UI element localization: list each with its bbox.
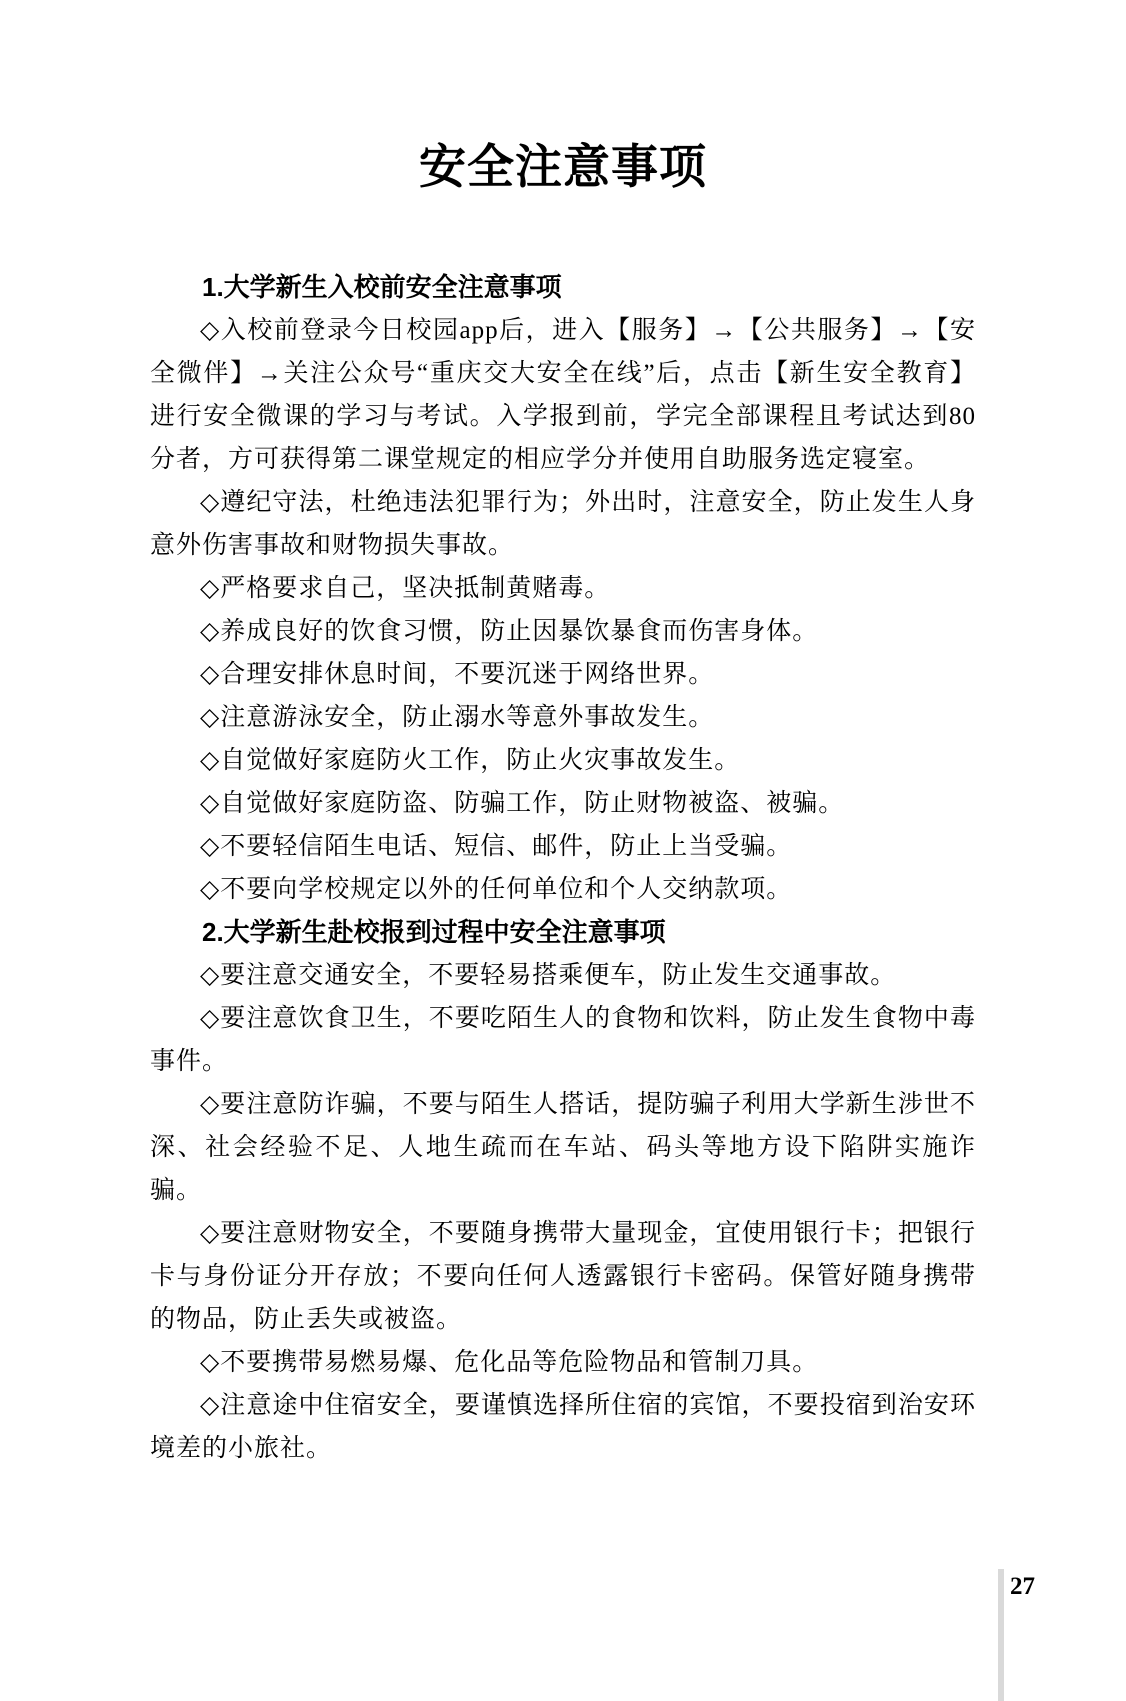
safety-item: ◇要注意交通安全，不要轻易搭乘便车，防止发生交通事故。 [150, 954, 976, 997]
safety-item: ◇不要轻信陌生电话、短信、邮件，防止上当受骗。 [150, 825, 976, 868]
safety-item: ◇入校前登录今日校园app后，进入【服务】→【公共服务】→【安全微伴】→关注公众… [150, 309, 976, 481]
safety-item: ◇严格要求自己，坚决抵制黄赌毒。 [150, 567, 976, 610]
document-body: 1.大学新生入校前安全注意事项 ◇入校前登录今日校园app后，进入【服务】→【公… [150, 266, 976, 1470]
safety-item: ◇不要携带易燃易爆、危化品等危险物品和管制刀具。 [150, 1341, 976, 1384]
safety-item: ◇要注意财物安全，不要随身携带大量现金，宜使用银行卡；把银行卡与身份证分开存放；… [150, 1212, 976, 1341]
safety-item: ◇要注意防诈骗，不要与陌生人搭话，提防骗子利用大学新生涉世不深、社会经验不足、人… [150, 1083, 976, 1212]
safety-item: ◇自觉做好家庭防火工作，防止火灾事故发生。 [150, 739, 976, 782]
page-number: 27 [1010, 1572, 1035, 1602]
safety-item: ◇注意途中住宿安全，要谨慎选择所住宿的宾馆，不要投宿到治安环境差的小旅社。 [150, 1384, 976, 1470]
section-2-heading: 2.大学新生赴校报到过程中安全注意事项 [150, 911, 976, 954]
section-1-heading: 1.大学新生入校前安全注意事项 [150, 266, 976, 309]
document-page: 安全注意事项 1.大学新生入校前安全注意事项 ◇入校前登录今日校园app后，进入… [0, 0, 1126, 1701]
safety-item: ◇遵纪守法，杜绝违法犯罪行为；外出时，注意安全，防止发生人身意外伤害事故和财物损… [150, 481, 976, 567]
safety-item: ◇合理安排休息时间，不要沉迷于网络世界。 [150, 653, 976, 696]
safety-item: ◇注意游泳安全，防止溺水等意外事故发生。 [150, 696, 976, 739]
page-edge-rule [998, 1569, 1004, 1701]
safety-item: ◇要注意饮食卫生，不要吃陌生人的食物和饮料，防止发生食物中毒事件。 [150, 997, 976, 1083]
safety-item: ◇不要向学校规定以外的任何单位和个人交纳款项。 [150, 868, 976, 911]
page-title: 安全注意事项 [150, 138, 976, 198]
safety-item: ◇自觉做好家庭防盗、防骗工作，防止财物被盗、被骗。 [150, 782, 976, 825]
safety-item: ◇养成良好的饮食习惯，防止因暴饮暴食而伤害身体。 [150, 610, 976, 653]
